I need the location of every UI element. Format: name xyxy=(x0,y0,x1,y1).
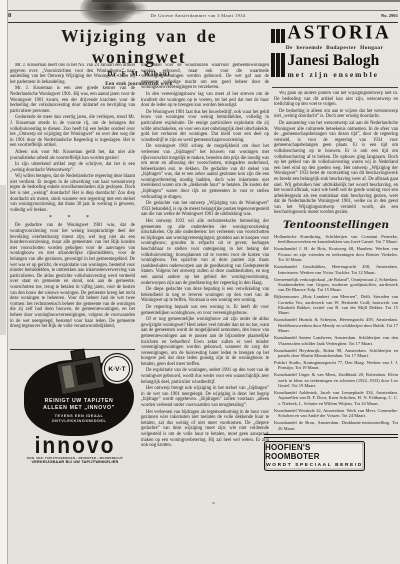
stripes-icon xyxy=(271,53,285,77)
innovo-dealer-line: VERKRIJGBAAR BIJ UW TAPIJTWINKELIER xyxy=(12,460,138,464)
exhibition-item: Kunsthandel Aalderink, Jacob van Lennepk… xyxy=(274,390,398,406)
article-column-1: Mr. J. Kruseman heeft ons in het No. van… xyxy=(10,63,135,347)
hoofien-ad: HOOFIEN'S ROOMBOTER WORDT SPECIAAL BEREI… xyxy=(264,441,365,471)
article-paragraph: De gedachte van het ontwerp „Wijziging v… xyxy=(141,201,269,218)
exhibition-item: Kunsthandel J. H. de Bois, Kruisweg 68, … xyxy=(274,246,398,262)
innovo-slogan-line: ONTVLEKKINGSMIDDEL xyxy=(26,418,132,423)
article-paragraph: In den vereenigingsbouw lag van meet af … xyxy=(141,92,269,109)
article-paragraph: De bedoeling is alleen om aan te wijzen … xyxy=(274,109,398,120)
exhibitions-section: Tentoonstellingen Hollandsche Kunstkring… xyxy=(274,219,398,433)
exhibition-item: Kunsthandel de Bron, Amsterdam. Drukkuns… xyxy=(274,420,398,431)
article-paragraph: Het ontwerp brengt ook wijziging in het … xyxy=(141,386,269,408)
exhibition-item: Pulchri Studio, Koninginnegracht 77, Den… xyxy=(274,360,398,371)
article-paragraph: De gedachte van de Woningwet 1901 was, d… xyxy=(10,223,135,329)
exhibition-item: Kunsthandel Goudstikker, Heerengracht 45… xyxy=(274,264,398,275)
article-paragraph: De woningwet 1901 schiep de mogelijkheid… xyxy=(141,144,269,200)
exhibitions-heading: Tentoonstellingen xyxy=(274,219,398,231)
article-paragraph: Of er nog gemeentelijke woningbouw zal z… xyxy=(141,317,269,367)
hoofien-ad-line2: WORDT SPECIAAL BEREID xyxy=(266,463,363,468)
scan-speck xyxy=(212,502,215,504)
article-paragraph: Mr. J. Kruseman heeft ons in het No. van… xyxy=(10,63,135,85)
exhibition-item: Kunsthandel Unger & van Mens, Zuidblaak … xyxy=(274,372,398,388)
innovo-slogan-line: ALLEEN MET „INNOVO” xyxy=(26,405,132,412)
issue-number: No. 2961 xyxy=(358,13,398,18)
article-paragraph: Alleen ook voor Mr. Kruseman geldt het, … xyxy=(10,150,135,161)
exhibition-item: Gemeentelijk verkooplokaal „de Boland”, … xyxy=(274,277,398,293)
article-paragraph: Wij willen betogen, dat de Nederlandsche… xyxy=(10,174,135,213)
double-rule xyxy=(264,434,398,438)
exhibition-item: Rijksmuseum „Huis Lambert van Meerten”, … xyxy=(274,294,398,316)
stripes-icon xyxy=(271,29,285,43)
astoria-tagline: met zijn ensemble xyxy=(288,70,380,79)
article-paragraph: De diepe gedachte van deze bepaling is e… xyxy=(141,287,269,304)
star-separator: * * * xyxy=(10,215,135,221)
hoofien-ad-line1: HOOFIEN'S ROOMBOTER xyxy=(265,444,364,462)
article-paragraph: Het ontwerp 1933 wil alle rechtstreeksch… xyxy=(141,219,269,286)
article-column-2: niet enkel voor de woonhuizen waarvoor g… xyxy=(141,63,269,472)
article-paragraph: In zijn uitstekend artikel zegt de schri… xyxy=(10,162,135,173)
scan-smudge xyxy=(0,185,6,335)
article-column-3: Wij gaan op andere punten van het wijzig… xyxy=(274,91,398,218)
exhibition-item: Kunsthandel Santee Landweer, Amsterdam. … xyxy=(274,335,398,346)
article-paragraph: Het verleenen van bijdragen als tegemoet… xyxy=(141,410,269,449)
article-paragraph: De exploitatie van de woningen, sedert 1… xyxy=(141,368,269,385)
article-paragraph: Mr. J. Kruseman is een zeer goede kenner… xyxy=(10,86,135,114)
astoria-name: ASTORIA xyxy=(288,22,392,43)
article-paragraph: Wij gaan op andere punten van het wijzig… xyxy=(274,91,398,108)
astoria-ad: ASTORIA De beroemde Budapester Hongaar J… xyxy=(271,24,398,79)
article-paragraph: Gedurende de meer dan veertig jaren, die… xyxy=(10,115,135,149)
masthead: De Groene Amsterdammer van 3 Maart 1934 xyxy=(38,13,358,18)
article-title: Wijziging van de woningwet xyxy=(10,26,268,68)
exhibition-item: Hollandsche Kunstkring. Schilderijen van… xyxy=(274,234,398,245)
exhibition-item: Kunsthandel Huinck & Scherjon, Heerengra… xyxy=(274,317,398,333)
header-top-rule xyxy=(8,10,398,11)
article-paragraph: De aanneming van het wetsontwerp zal aan… xyxy=(274,121,398,216)
newspaper-page: 8 De Groene Amsterdammer van 3 Maart 193… xyxy=(0,0,400,564)
page-header: 8 De Groene Amsterdammer van 3 Maart 193… xyxy=(8,12,398,19)
innovo-slogan: REINIGT UW TAPIJTEN ALLEEN MET „INNOVO” … xyxy=(26,398,132,423)
innovo-logo: innovo xyxy=(12,434,138,458)
astoria-subtitle: De beroemde Budapester Hongaar xyxy=(271,45,398,51)
article-paragraph: De Woningwet 1901 laat dus het bouwbedri… xyxy=(141,110,269,144)
kvt-badge: K·V·T xyxy=(104,356,130,382)
column-rule xyxy=(272,87,398,88)
innovo-ad: K·V·T REINIGT UW TAPIJTEN ALLEEN MET „IN… xyxy=(12,352,138,474)
page-number: 8 xyxy=(8,12,38,19)
astoria-artist: Janesi Balogh xyxy=(288,53,380,69)
article-paragraph: niet enkel voor de woonhuizen waarvoor g… xyxy=(141,63,269,91)
article-paragraph: De regeering bepaalt wat een woning is. … xyxy=(141,305,269,316)
exhibition-item: Kunsthandel Westinde 22, Amsterdam. Werk… xyxy=(274,408,398,419)
innovo-slogan-line: REINIGT UW TAPIJTEN xyxy=(26,398,132,405)
exhibition-item: Kunsthandel Heydenrijk, Rokin 98, Amster… xyxy=(274,348,398,359)
